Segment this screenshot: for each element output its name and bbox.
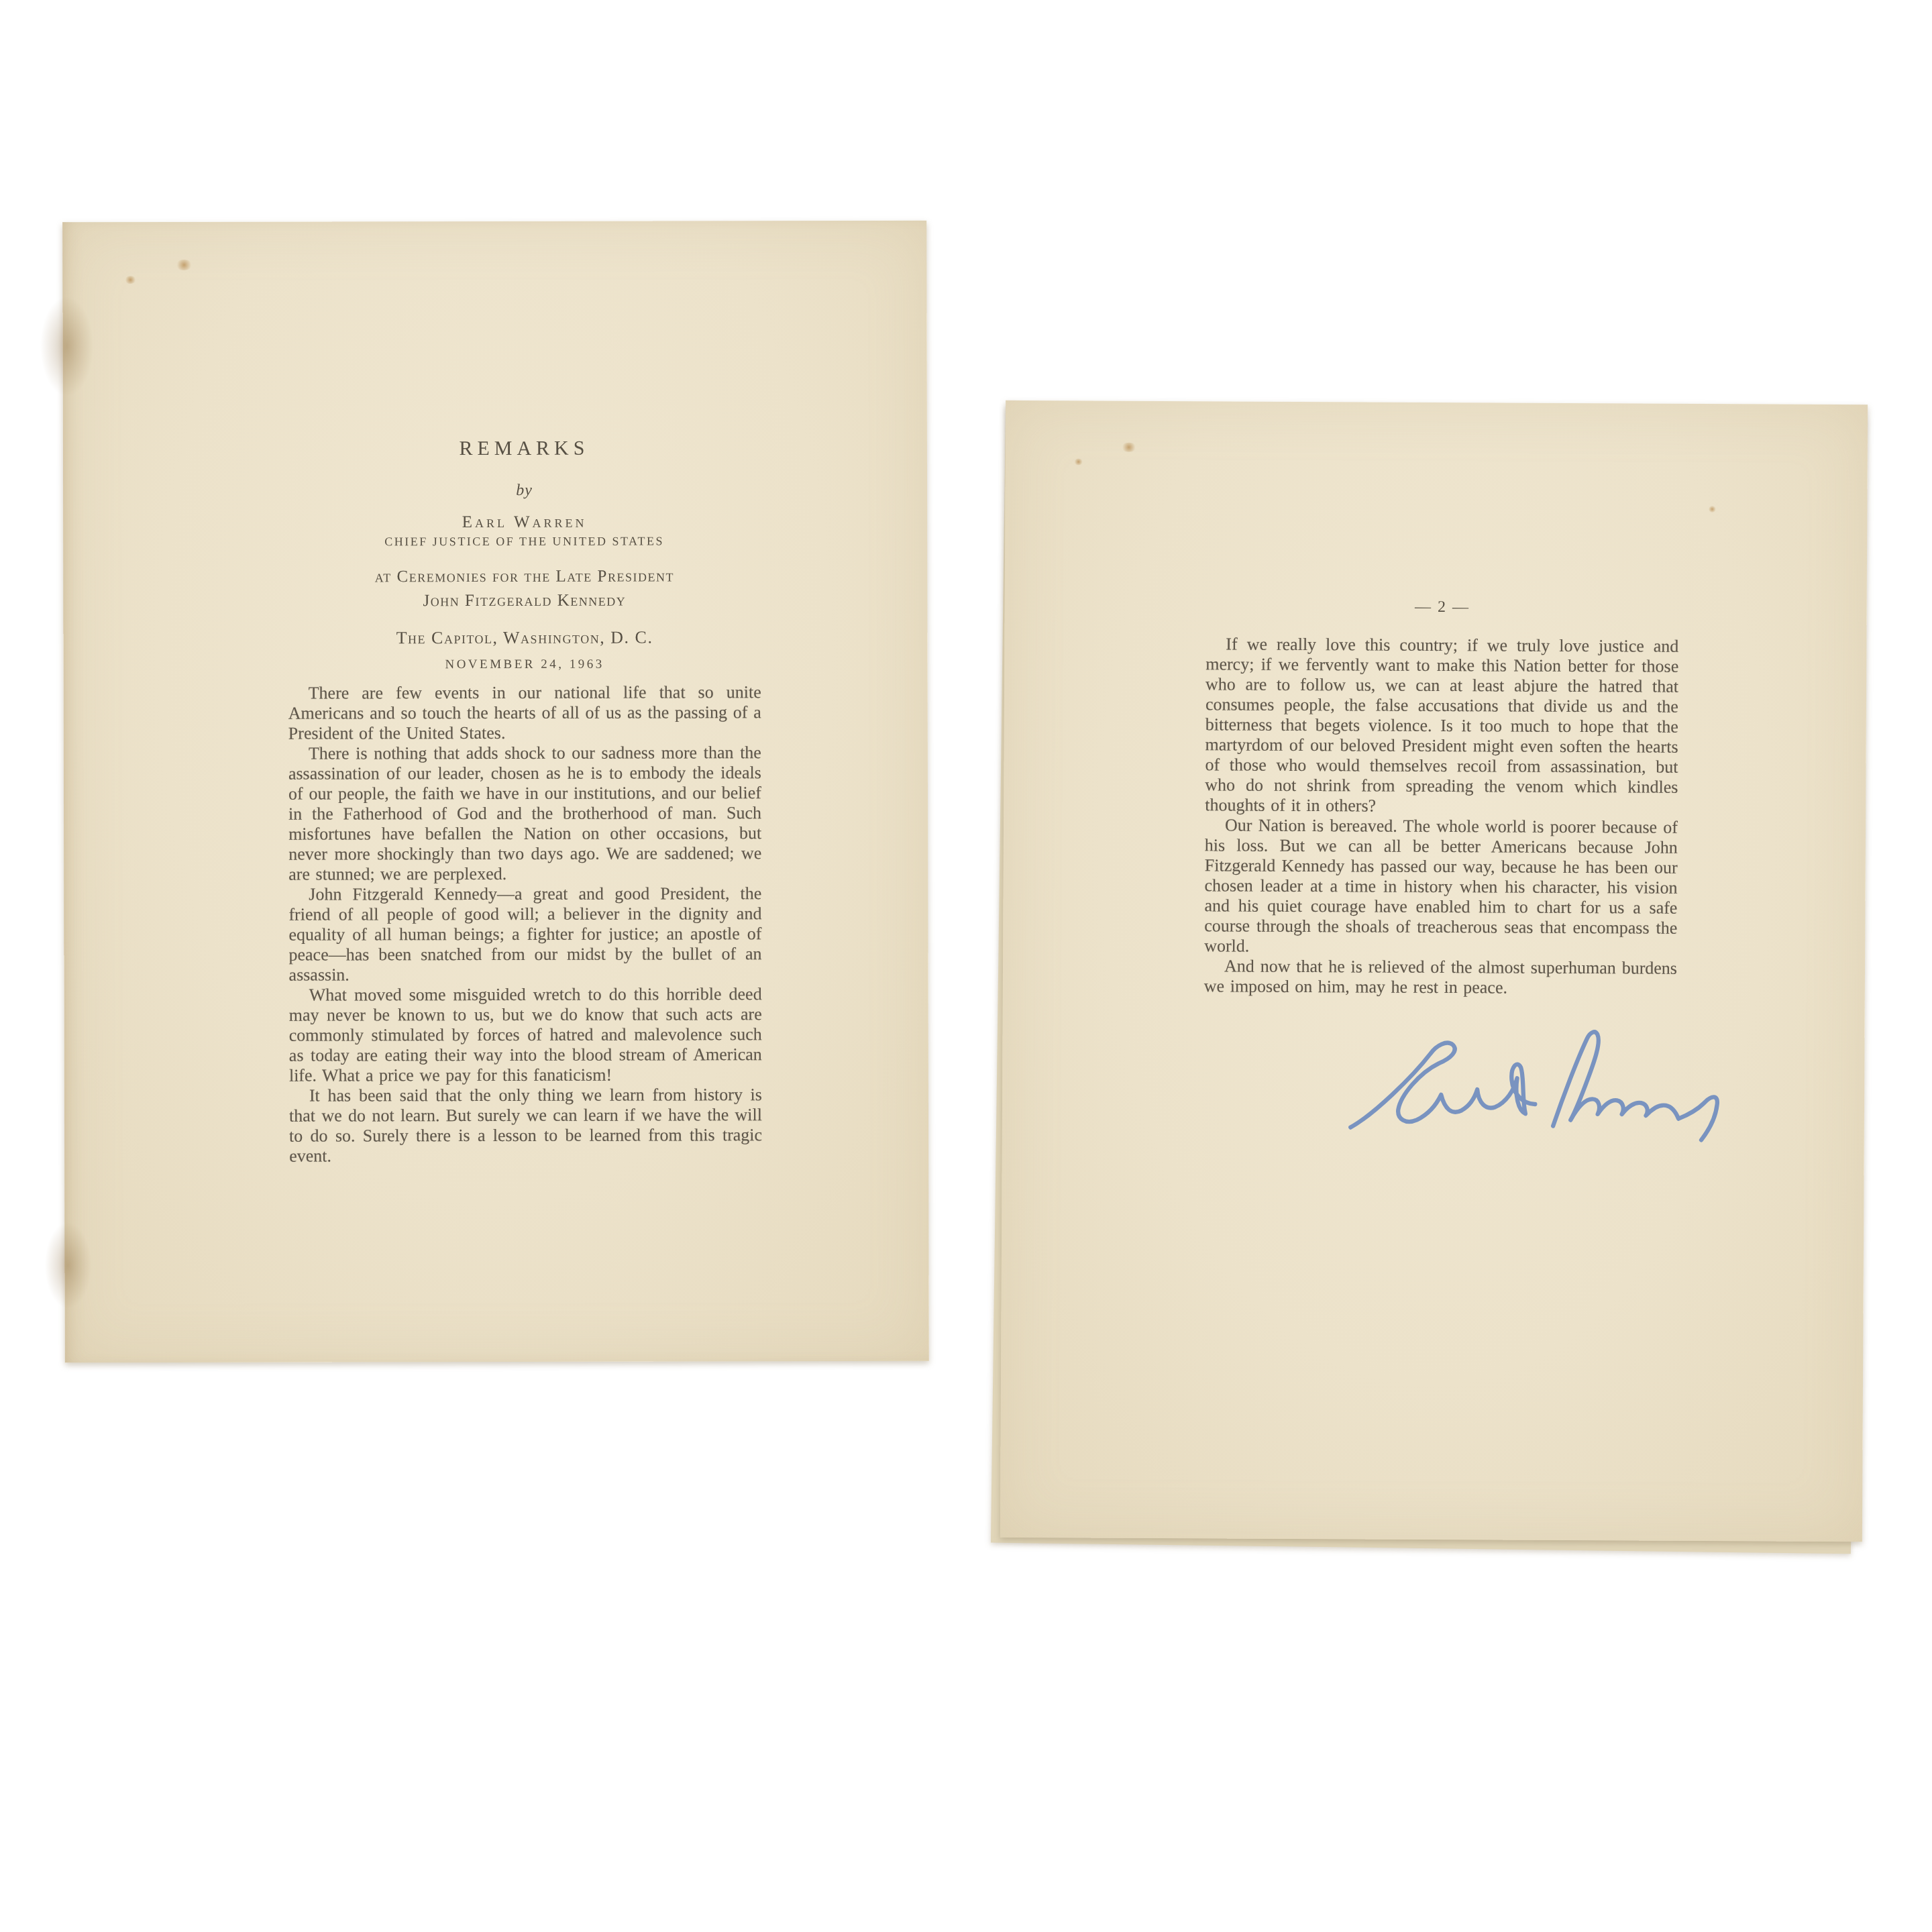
page-1-body: There are few events in our national lif… — [288, 682, 763, 1166]
event-line-1: at Ceremonies for the Late President — [288, 567, 761, 586]
byline: by — [288, 481, 761, 500]
masthead: REMARKS by Earl Warren CHIEF JUSTICE OF … — [288, 437, 761, 672]
paragraph-3: John Fitzgerald Kennedy—a great and good… — [288, 883, 761, 985]
paragraph-6: If we really love this country; if we tr… — [1205, 634, 1678, 817]
signature-stroke-earl — [1350, 1042, 1536, 1128]
photo-background: REMARKS by Earl Warren CHIEF JUSTICE OF … — [0, 0, 1932, 1932]
signature-stroke-warren — [1553, 1032, 1717, 1140]
paragraph-7: Our Nation is bereaved. The whole world … — [1204, 815, 1678, 958]
page-1: REMARKS by Earl Warren CHIEF JUSTICE OF … — [62, 221, 929, 1363]
venue-line: The Capitol, Washington, D. C. — [288, 627, 761, 648]
page-2: — 2 — If we really love this country; if… — [1000, 400, 1868, 1542]
foxing-spot — [1121, 443, 1137, 452]
author-name: Earl Warren — [288, 513, 761, 532]
author-title: CHIEF JUSTICE OF THE UNITED STATES — [288, 534, 761, 549]
edge-stain — [44, 1222, 91, 1309]
page-2-body: If we really love this country; if we tr… — [1204, 634, 1679, 998]
paragraph-4: What moved some misguided wretch to do t… — [289, 984, 762, 1085]
paragraph-5: It has been said that the only thing we … — [289, 1085, 762, 1166]
foxing-spot — [124, 276, 136, 284]
foxing-spot — [175, 260, 193, 270]
paragraph-8: And now that he is relieved of the almos… — [1204, 956, 1677, 998]
signature-earl-warren — [1341, 1020, 1727, 1156]
date-line: NOVEMBER 24, 1963 — [288, 657, 761, 672]
page-title: REMARKS — [288, 437, 761, 460]
paragraph-1: There are few events in our national lif… — [288, 682, 761, 743]
edge-stain — [40, 296, 93, 396]
paragraph-2: There is nothing that adds shock to our … — [288, 743, 761, 884]
event-line-2: John Fitzgerald Kennedy — [288, 591, 761, 610]
signature — [1341, 1020, 1727, 1156]
page-number: — 2 — — [1206, 597, 1679, 617]
foxing-spot — [1708, 506, 1716, 513]
foxing-spot — [1074, 458, 1083, 465]
